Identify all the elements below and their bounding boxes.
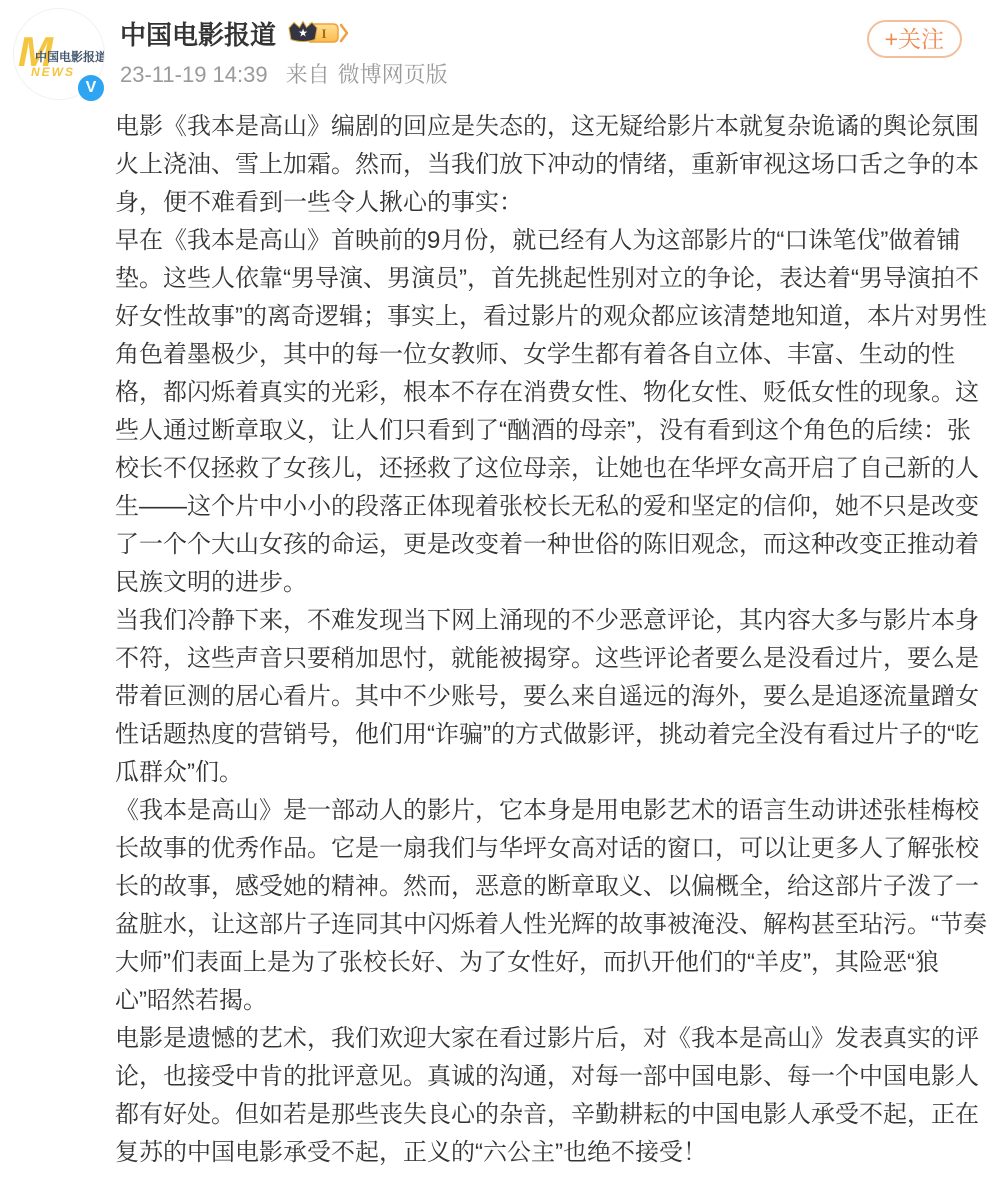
- post-paragraph: 《我本是高山》是一部动人的影片，它本身是用电影艺术的语言生动讲述张桂梅校长故事的…: [115, 792, 987, 1020]
- post-paragraph: 当我们冷静下来，不难发现当下网上涌现的不少恶意评论，其内容大多与影片本身不符，这…: [115, 602, 987, 792]
- vip-crown-badge-icon[interactable]: I ★: [286, 19, 350, 47]
- weibo-post-card: M 中国电影报道 NEWS V 中国电影报道: [0, 0, 1001, 1172]
- svg-text:I: I: [321, 26, 326, 41]
- timestamp: 23-11-19 14:39: [120, 62, 268, 87]
- post-header: M 中国电影报道 NEWS V 中国电影报道: [0, 0, 1001, 100]
- svg-text:★: ★: [298, 28, 308, 40]
- source-prefix: 来自: [286, 62, 330, 87]
- user-info: 中国电影报道 I ★: [120, 17, 448, 89]
- post-paragraph: 电影是遗憾的艺术，我们欢迎大家在看过影片后，对《我本是高山》发表真实的评论，也接…: [115, 1020, 987, 1172]
- username[interactable]: 中国电影报道: [120, 15, 276, 52]
- post-meta: 23-11-19 14:39来自微博网页版: [120, 58, 448, 89]
- post-paragraph: 早在《我本是高山》首映前的9月份，就已经有人为这部影片的“口诛笔伐”做着铺垫。这…: [115, 222, 987, 602]
- verified-badge-icon: V: [76, 73, 106, 103]
- avatar-news-text: NEWS: [31, 65, 75, 79]
- post-content: 电影《我本是高山》编剧的回应是失态的，这无疑给影片本就复杂诡谲的舆论氛围火上浇油…: [115, 108, 987, 1172]
- avatar[interactable]: M 中国电影报道 NEWS V: [13, 8, 105, 100]
- avatar-brand-text: 中国电影报道: [35, 48, 105, 65]
- follow-button[interactable]: +关注: [867, 20, 962, 58]
- post-paragraph: 电影《我本是高山》编剧的回应是失态的，这无疑给影片本就复杂诡谲的舆论氛围火上浇油…: [115, 108, 987, 222]
- source-link[interactable]: 微博网页版: [338, 62, 448, 87]
